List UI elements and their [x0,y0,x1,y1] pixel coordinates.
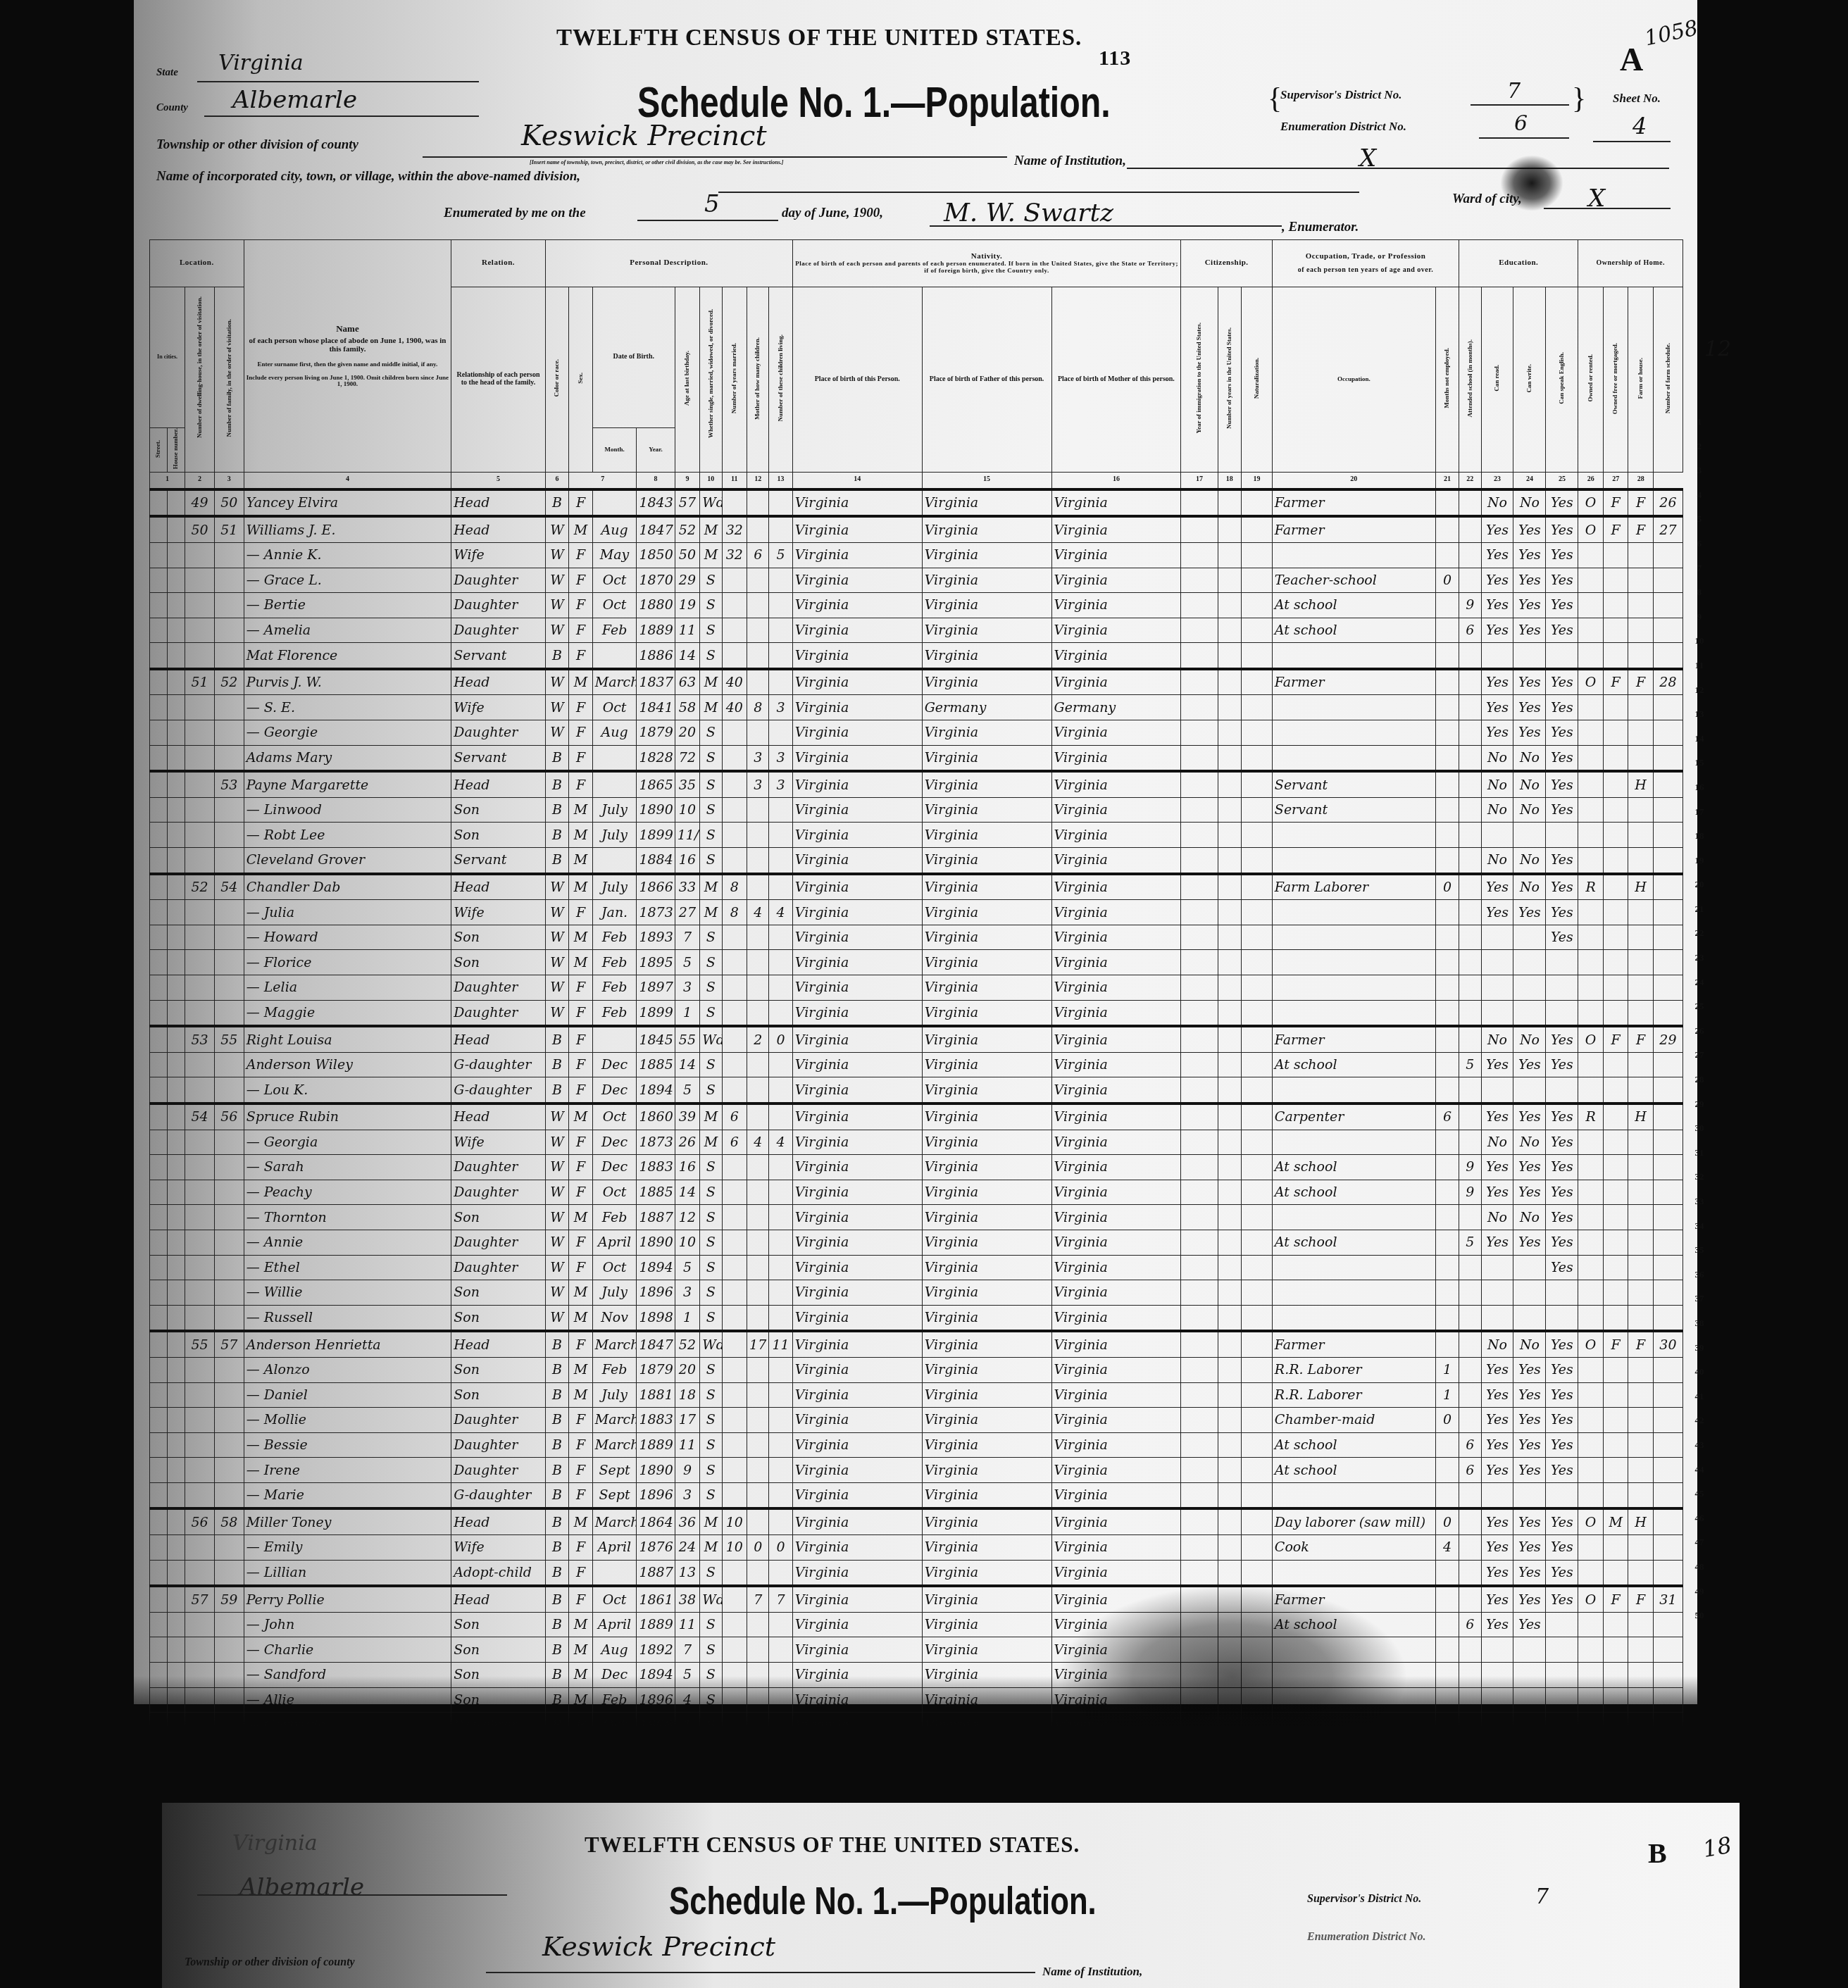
birthplace-cell: Virginia [792,1026,922,1052]
house-cell [168,1000,185,1026]
table-row: — RussellSonWMNov18981SVirginiaVirginiaV… [150,1305,1683,1331]
father-birthplace-cell: Virginia [922,1535,1051,1561]
mother-of-cell [747,975,769,1001]
mother-of-cell [747,1482,769,1508]
free-mortgaged-cell [1603,1637,1628,1663]
family-number-cell [214,1130,244,1155]
dwelling-number-cell [185,1230,215,1255]
street-cell [150,516,168,542]
line-number: 12 [1689,678,1710,703]
months-unemployed-cell: 0 [1435,1408,1459,1433]
yrs_us-cell [1218,1130,1241,1155]
farm-schedule-cell [1653,1382,1682,1408]
years-married-cell: 40 [722,695,747,720]
birthplace-cell: Virginia [792,771,922,797]
can-write-cell [1513,975,1546,1001]
occupation-cell [1272,745,1435,771]
can-write-cell: Yes [1513,618,1546,643]
years-married-cell [722,1586,747,1612]
birth-year-cell: 1889 [637,1432,675,1458]
free-mortgaged-cell [1603,1180,1628,1205]
farm-schedule-cell [1653,1535,1682,1561]
dwelling-number-cell [185,542,215,568]
farm-schedule-cell [1653,900,1682,925]
sex-cell: F [569,542,592,568]
person-name-cell: — Maggie [244,1000,451,1026]
family-number-cell [214,643,244,669]
months-unemployed-cell [1435,489,1459,517]
relation-cell: Son [451,1612,546,1637]
age-cell: 14 [675,1052,700,1077]
father-birthplace-cell: Virginia [922,797,1051,823]
birthplace-cell: Virginia [792,1130,922,1155]
family-number-cell: 52 [214,669,244,695]
years-married-cell: 8 [722,874,747,900]
line-number: 6 [1689,532,1710,556]
can-write-cell: No [1513,848,1546,874]
months-unemployed-cell [1435,1482,1459,1508]
nat-cell [1241,1535,1272,1561]
sheet-b-township-value: Keswick Precinct [542,1931,775,1962]
color-cell: W [545,1180,568,1205]
family-number-cell [214,1637,244,1663]
color-cell: W [545,1000,568,1026]
person-name-cell: — John [244,1612,451,1637]
birthplace-cell: Virginia [792,568,922,593]
table-row: 5355Right LouisaHeadBF184555Wd20Virginia… [150,1026,1683,1052]
attended-school-cell: 9 [1459,1155,1481,1180]
birth-month-cell: Oct [592,1255,637,1280]
person-name-cell: — Amelia [244,618,451,643]
can-speak-english-cell: Yes [1546,1560,1578,1586]
years-married-cell [722,797,747,823]
line-number: 29 [1689,1092,1710,1117]
marital-status-cell: S [700,975,722,1001]
relation-cell: Daughter [451,1458,546,1483]
dwelling-number-cell [185,900,215,925]
dwelling-number-cell [185,925,215,950]
father-birthplace-cell: Virginia [922,1052,1051,1077]
can-speak-english-cell: Yes [1546,1331,1578,1357]
months-unemployed-cell [1435,900,1459,925]
color-cell: W [545,1280,568,1306]
occupation-cell: Servant [1272,771,1435,797]
table-row: 5759Perry PollieHeadBFOct186138Wd77Virgi… [150,1586,1683,1612]
table-row: — Robt LeeSonBMJuly189911/12SVirginiaVir… [150,823,1683,848]
birthplace-cell: Virginia [792,720,922,746]
farm-schedule-cell [1653,542,1682,568]
table-row: — BessieDaughterBFMarch188911SVirginiaVi… [150,1432,1683,1458]
birthplace-cell: Virginia [792,489,922,517]
farm-house-cell [1628,618,1654,643]
can-write-cell: Yes [1513,1612,1546,1637]
dwelling-number-cell [185,1077,215,1104]
enumerated-day: 5 [704,190,720,218]
yrs_us-cell [1218,797,1241,823]
can-speak-english-cell: Yes [1546,1535,1578,1561]
dwelling-number-cell [185,1130,215,1155]
line-number: 27 [1689,1043,1710,1068]
color-cell: B [545,1077,568,1104]
house-cell [168,1255,185,1280]
age-cell: 16 [675,1155,700,1180]
color-cell: W [545,1230,568,1255]
mother-birthplace-cell: Virginia [1051,1026,1181,1052]
yrs_us-cell [1218,874,1241,900]
mother-of-cell [747,1612,769,1637]
father-birthplace-cell: Virginia [922,720,1051,746]
can-read-cell: Yes [1481,1180,1513,1205]
occupation-cell [1272,1000,1435,1026]
family-number-cell: 57 [214,1331,244,1357]
sheet-b-township-label: Township or other division of county [185,1956,355,1969]
relation-cell: Servant [451,745,546,771]
house-cell [168,489,185,517]
can-read-cell [1481,1482,1513,1508]
color-cell: W [545,1130,568,1155]
nat-cell [1241,823,1272,848]
header-ownership: Ownership of Home. [1578,240,1683,287]
attended-school-cell [1459,1382,1481,1408]
can-write-cell [1513,1637,1546,1663]
farm-house-cell: F [1628,516,1654,542]
can-write-cell: No [1513,489,1546,517]
mother-birthplace-cell: Virginia [1051,1255,1181,1280]
enumeration-value: 6 [1514,111,1528,136]
free-mortgaged-cell [1603,568,1628,593]
years-married-cell [722,1458,747,1483]
occupation-cell: Carpenter [1272,1104,1435,1130]
yrs_us-cell [1218,1560,1241,1586]
family-number-cell: 56 [214,1104,244,1130]
yrs_us-cell [1218,1000,1241,1026]
sex-cell: M [569,669,592,695]
can-speak-english-cell [1546,950,1578,975]
sex-cell: M [569,823,592,848]
street-cell [150,823,168,848]
can-read-cell: Yes [1481,1560,1513,1586]
street-cell [150,1180,168,1205]
line-number: 15 [1689,751,1710,775]
occupation-cell [1272,542,1435,568]
state-label: State [156,67,178,79]
father-birthplace-cell: Virginia [922,900,1051,925]
children-living-cell: 0 [769,1535,792,1561]
can-speak-english-cell [1546,643,1578,669]
can-write-cell: Yes [1513,720,1546,746]
can-read-cell: No [1481,489,1513,517]
table-row: — LinwoodSonBMJuly189010SVirginiaVirgini… [150,797,1683,823]
years-married-cell [722,489,747,517]
years-married-cell [722,1255,747,1280]
census-table: Location. Name of each person whose plac… [149,239,1683,1763]
mother-of-cell [747,568,769,593]
sex-cell: M [569,516,592,542]
birth-month-cell [592,489,637,517]
relation-cell: Head [451,771,546,797]
can-write-cell: Yes [1513,695,1546,720]
imm-cell [1181,1026,1218,1052]
farm-house-cell: F [1628,1331,1654,1357]
relation-cell: G-daughter [451,1052,546,1077]
table-row: — Lou K.G-daughterBFDec18945SVirginiaVir… [150,1077,1683,1104]
color-cell: B [545,1357,568,1382]
free-mortgaged-cell [1603,1000,1628,1026]
mother-birthplace-cell: Virginia [1051,1560,1181,1586]
years-married-cell [722,771,747,797]
can-read-cell [1481,975,1513,1001]
dwelling-number-cell: 54 [185,1104,215,1130]
birth-year-cell: 1873 [637,900,675,925]
imm-cell [1181,1560,1218,1586]
children-living-cell: 7 [769,1586,792,1612]
children-living-cell [769,1560,792,1586]
children-living-cell [769,823,792,848]
mother-of-cell [747,1508,769,1534]
dwelling-number-cell [185,1280,215,1306]
farm-schedule-cell [1653,1508,1682,1534]
children-living-cell [769,975,792,1001]
children-living-cell [769,1077,792,1104]
sex-cell: F [569,1000,592,1026]
mother-of-cell [747,797,769,823]
marital-status-cell: S [700,1052,722,1077]
relation-cell: Head [451,489,546,517]
nat-cell [1241,695,1272,720]
house-cell [168,1130,185,1155]
can-write-cell: No [1513,1130,1546,1155]
father-birthplace-cell: Virginia [922,593,1051,618]
can-read-cell: Yes [1481,618,1513,643]
family-number-cell [214,720,244,746]
age-cell: 63 [675,669,700,695]
months-unemployed-cell [1435,1077,1459,1104]
birth-month-cell [592,1560,637,1586]
years-married-cell [722,925,747,950]
can-read-cell [1481,1637,1513,1663]
house-cell [168,900,185,925]
can-write-cell: Yes [1513,1560,1546,1586]
farm-schedule-cell [1653,771,1682,797]
occupation-cell [1272,925,1435,950]
birth-month-cell [592,848,637,874]
nat-cell [1241,1052,1272,1077]
birthplace-cell: Virginia [792,1077,922,1104]
months-unemployed-cell [1435,1560,1459,1586]
father-birthplace-cell: Virginia [922,1357,1051,1382]
yrs_us-cell [1218,1535,1241,1561]
owned-rented-cell [1578,1305,1604,1331]
mother-of-cell [747,925,769,950]
occupation-cell: Cook [1272,1535,1435,1561]
imm-cell [1181,1205,1218,1230]
can-read-cell: Yes [1481,1104,1513,1130]
farm-schedule-cell [1653,1458,1682,1483]
birthplace-cell: Virginia [792,1612,922,1637]
farm-schedule-cell [1653,1560,1682,1586]
birth-month-cell: Dec [592,1052,637,1077]
age-cell: 20 [675,720,700,746]
relation-cell: Son [451,1357,546,1382]
owned-rented-cell [1578,823,1604,848]
person-name-cell: — Lou K. [244,1077,451,1104]
header-can-read: Can read. [1481,287,1513,473]
state-value: Virginia [218,51,304,75]
children-living-cell [769,1305,792,1331]
imm-cell [1181,568,1218,593]
occupation-cell [1272,1130,1435,1155]
birth-month-cell: Oct [592,695,637,720]
street-cell [150,848,168,874]
marital-status-cell: M [700,695,722,720]
street-cell [150,568,168,593]
line-number: 38 [1689,1311,1710,1336]
children-living-cell [769,874,792,900]
line-number: 43 [1689,1433,1710,1458]
farm-house-cell [1628,1535,1654,1561]
house-cell [168,669,185,695]
family-number-cell [214,1280,244,1306]
mother-birthplace-cell: Virginia [1051,1331,1181,1357]
can-write-cell: Yes [1513,1052,1546,1077]
imm-cell [1181,950,1218,975]
street-cell [150,1000,168,1026]
farm-house-cell [1628,1432,1654,1458]
occupation-cell [1272,1077,1435,1104]
person-name-cell: Miller Toney [244,1508,451,1534]
dwelling-number-cell [185,1357,215,1382]
dwelling-number-cell [185,1637,215,1663]
marital-status-cell: Wd [700,1331,722,1357]
birthplace-cell: Virginia [792,1408,922,1433]
table-row: 5658Miller ToneyHeadBMMarch186436M10Virg… [150,1508,1683,1534]
farm-schedule-cell [1653,593,1682,618]
birth-month-cell: Dec [592,1130,637,1155]
can-write-cell: No [1513,797,1546,823]
age-cell: 14 [675,1180,700,1205]
years-married-cell [722,1331,747,1357]
free-mortgaged-cell [1603,695,1628,720]
color-cell: B [545,745,568,771]
relation-cell: Head [451,1508,546,1534]
months-unemployed-cell [1435,1155,1459,1180]
family-number-cell [214,1155,244,1180]
yrs_us-cell [1218,1077,1241,1104]
house-cell [168,516,185,542]
farm-house-cell [1628,975,1654,1001]
farm-schedule-cell [1653,1000,1682,1026]
age-cell: 38 [675,1586,700,1612]
table-row: — MarieG-daughterBFSept18963SVirginiaVir… [150,1482,1683,1508]
birth-year-cell: 1894 [637,1255,675,1280]
mother-of-cell [747,1382,769,1408]
table-row: — CharlieSonBMAug18927SVirginiaVirginiaV… [150,1637,1683,1663]
dwelling-number-cell [185,1180,215,1205]
occupation-cell: At school [1272,1180,1435,1205]
mother-of-cell [747,1458,769,1483]
house-cell [168,1305,185,1331]
can-speak-english-cell [1546,1000,1578,1026]
farm-house-cell [1628,1205,1654,1230]
can-speak-english-cell: Yes [1546,568,1578,593]
family-number-cell [214,1535,244,1561]
free-mortgaged-cell [1603,1280,1628,1306]
can-speak-english-cell: Yes [1546,1255,1578,1280]
birth-year-cell: 1866 [637,874,675,900]
street-cell [150,1408,168,1433]
birth-year-cell: 1885 [637,1180,675,1205]
birthplace-cell: Virginia [792,925,922,950]
person-name-cell: — Mollie [244,1408,451,1433]
free-mortgaged-cell: F [1603,489,1628,517]
mother-birthplace-cell: Virginia [1051,720,1181,746]
marital-status-cell: S [700,1560,722,1586]
mother-of-cell [747,823,769,848]
attended-school-cell [1459,568,1481,593]
dwelling-number-cell [185,1052,215,1077]
can-speak-english-cell: Yes [1546,745,1578,771]
nat-cell [1241,669,1272,695]
marital-status-cell: S [700,745,722,771]
marital-status-cell: S [700,823,722,848]
family-number-cell [214,1408,244,1433]
occupation-cell [1272,1305,1435,1331]
occupation-cell [1272,900,1435,925]
street-cell [150,1255,168,1280]
birthplace-cell: Virginia [792,848,922,874]
children-living-cell [769,1205,792,1230]
birth-year-cell: 1881 [637,1382,675,1408]
mother-birthplace-cell: Virginia [1051,1535,1181,1561]
person-name-cell: Right Louisa [244,1026,451,1052]
children-living-cell: 4 [769,1130,792,1155]
house-cell [168,1052,185,1077]
family-number-cell [214,1432,244,1458]
mother-birthplace-cell: Virginia [1051,1230,1181,1255]
header-attended-school: Attended school (in months). [1459,287,1481,473]
farm-schedule-cell [1653,1205,1682,1230]
house-cell [168,975,185,1001]
father-birthplace-cell: Virginia [922,568,1051,593]
county-value: Albemarle [232,86,357,114]
free-mortgaged-cell [1603,1382,1628,1408]
imm-cell [1181,1077,1218,1104]
mother-of-cell [747,1280,769,1306]
attended-school-cell [1459,1205,1481,1230]
color-cell: W [545,1205,568,1230]
can-read-cell [1481,823,1513,848]
birth-year-cell: 1897 [637,975,675,1001]
father-birthplace-cell: Virginia [922,1331,1051,1357]
years-married-cell [722,643,747,669]
yrs_us-cell [1218,823,1241,848]
can-speak-english-cell: Yes [1546,542,1578,568]
sex-cell: M [569,1205,592,1230]
months-unemployed-cell [1435,643,1459,669]
marital-status-cell: S [700,1077,722,1104]
age-cell: 39 [675,1104,700,1130]
owned-rented-cell [1578,1000,1604,1026]
owned-rented-cell [1578,1077,1604,1104]
free-mortgaged-cell: F [1603,1026,1628,1052]
free-mortgaged-cell [1603,1612,1628,1637]
farm-house-cell [1628,1560,1654,1586]
farm-schedule-cell [1653,874,1682,900]
can-read-cell: No [1481,771,1513,797]
line-number: 3 [1689,458,1710,483]
months-unemployed-cell [1435,1180,1459,1205]
dwelling-number-cell [185,593,215,618]
